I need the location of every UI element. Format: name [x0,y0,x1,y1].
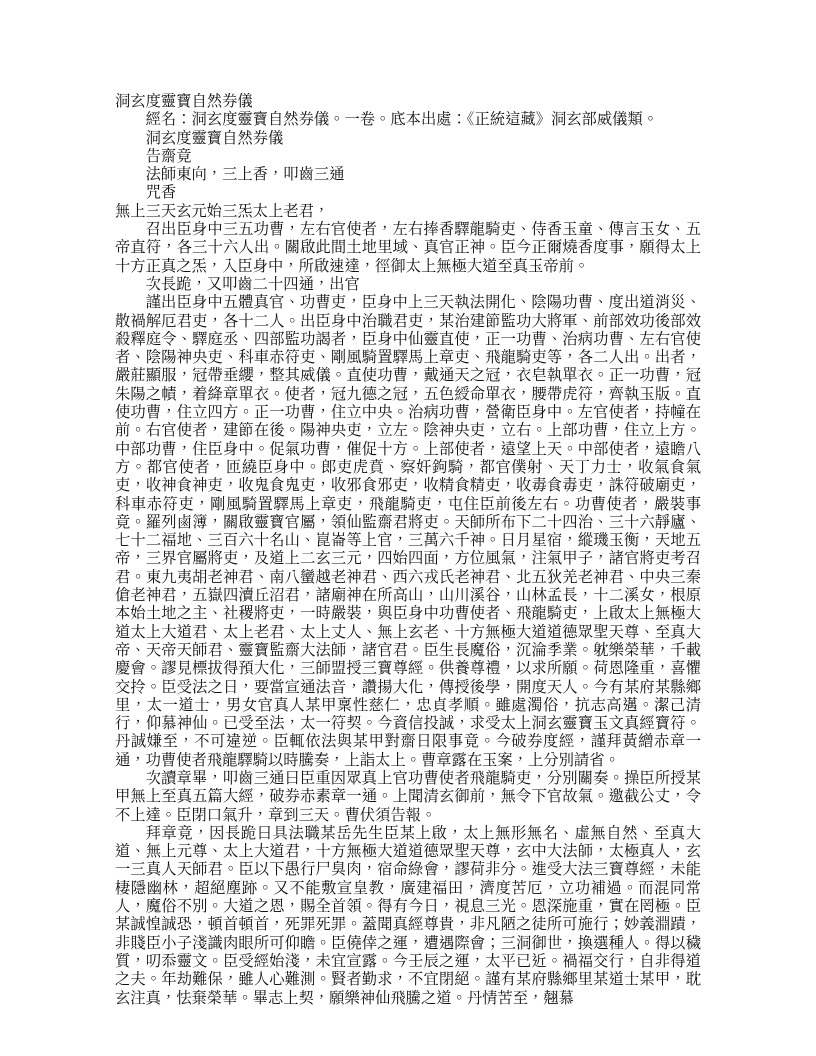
rubric-incense-spell: 咒香 [115,184,701,202]
document-title: 洞玄度靈寶自然券儀 [115,93,701,111]
scripture-title-repeat: 洞玄度靈寶自然券儀 [115,130,701,148]
paragraph-after-reading: 次讀章畢，叩齒三通曰臣重因眾真上官功曹使者飛龍騎吏，分別關奏。操臣所授某甲無上至… [115,770,701,825]
document-body: 洞玄度靈寶自然券儀 經名：洞玄度靈寶自然券儀。一卷。底本出處：《正統這藏》洞玄部… [115,93,701,1008]
rubric-master-faces-east: 法師東向，三上香，叩齒三通 [115,166,701,184]
document-page: 洞玄度靈寶自然券儀 經名：洞玄度靈寶自然券儀。一卷。底本出處：《正統這藏》洞玄部… [0,0,816,1056]
rubric-kneel-clack-teeth: 次長跪，又叩齒二十四通，出官 [115,276,701,294]
paragraph-petition-close: 拜章竟，因長跪曰具法職某岳先生臣某上啟，太上無形無名、虛無自然、至真大道、無上元… [115,825,701,1008]
paragraph-dispatch-spirits: 謹出臣身中五體真官、功曹吏，臣身中上三天執法開化、陰陽功曹、度出道消災、散禍解厄… [115,294,701,770]
section-gaozhai-heading: 告齋竟 [115,148,701,166]
paragraph-summon-officers: 召出臣身中三五功曹，左右官使者，左右捧香驛龍騎吏、侍香玉童、傳言玉女、五帝直符，… [115,221,701,276]
scripture-meta-line: 經名：洞玄度靈寶自然券儀。一卷。底本出處：《正統這藏》洞玄部威儀類。 [115,111,701,129]
invocation-laojun-line: 無上三天玄元始三炁太上老君， [115,203,701,221]
